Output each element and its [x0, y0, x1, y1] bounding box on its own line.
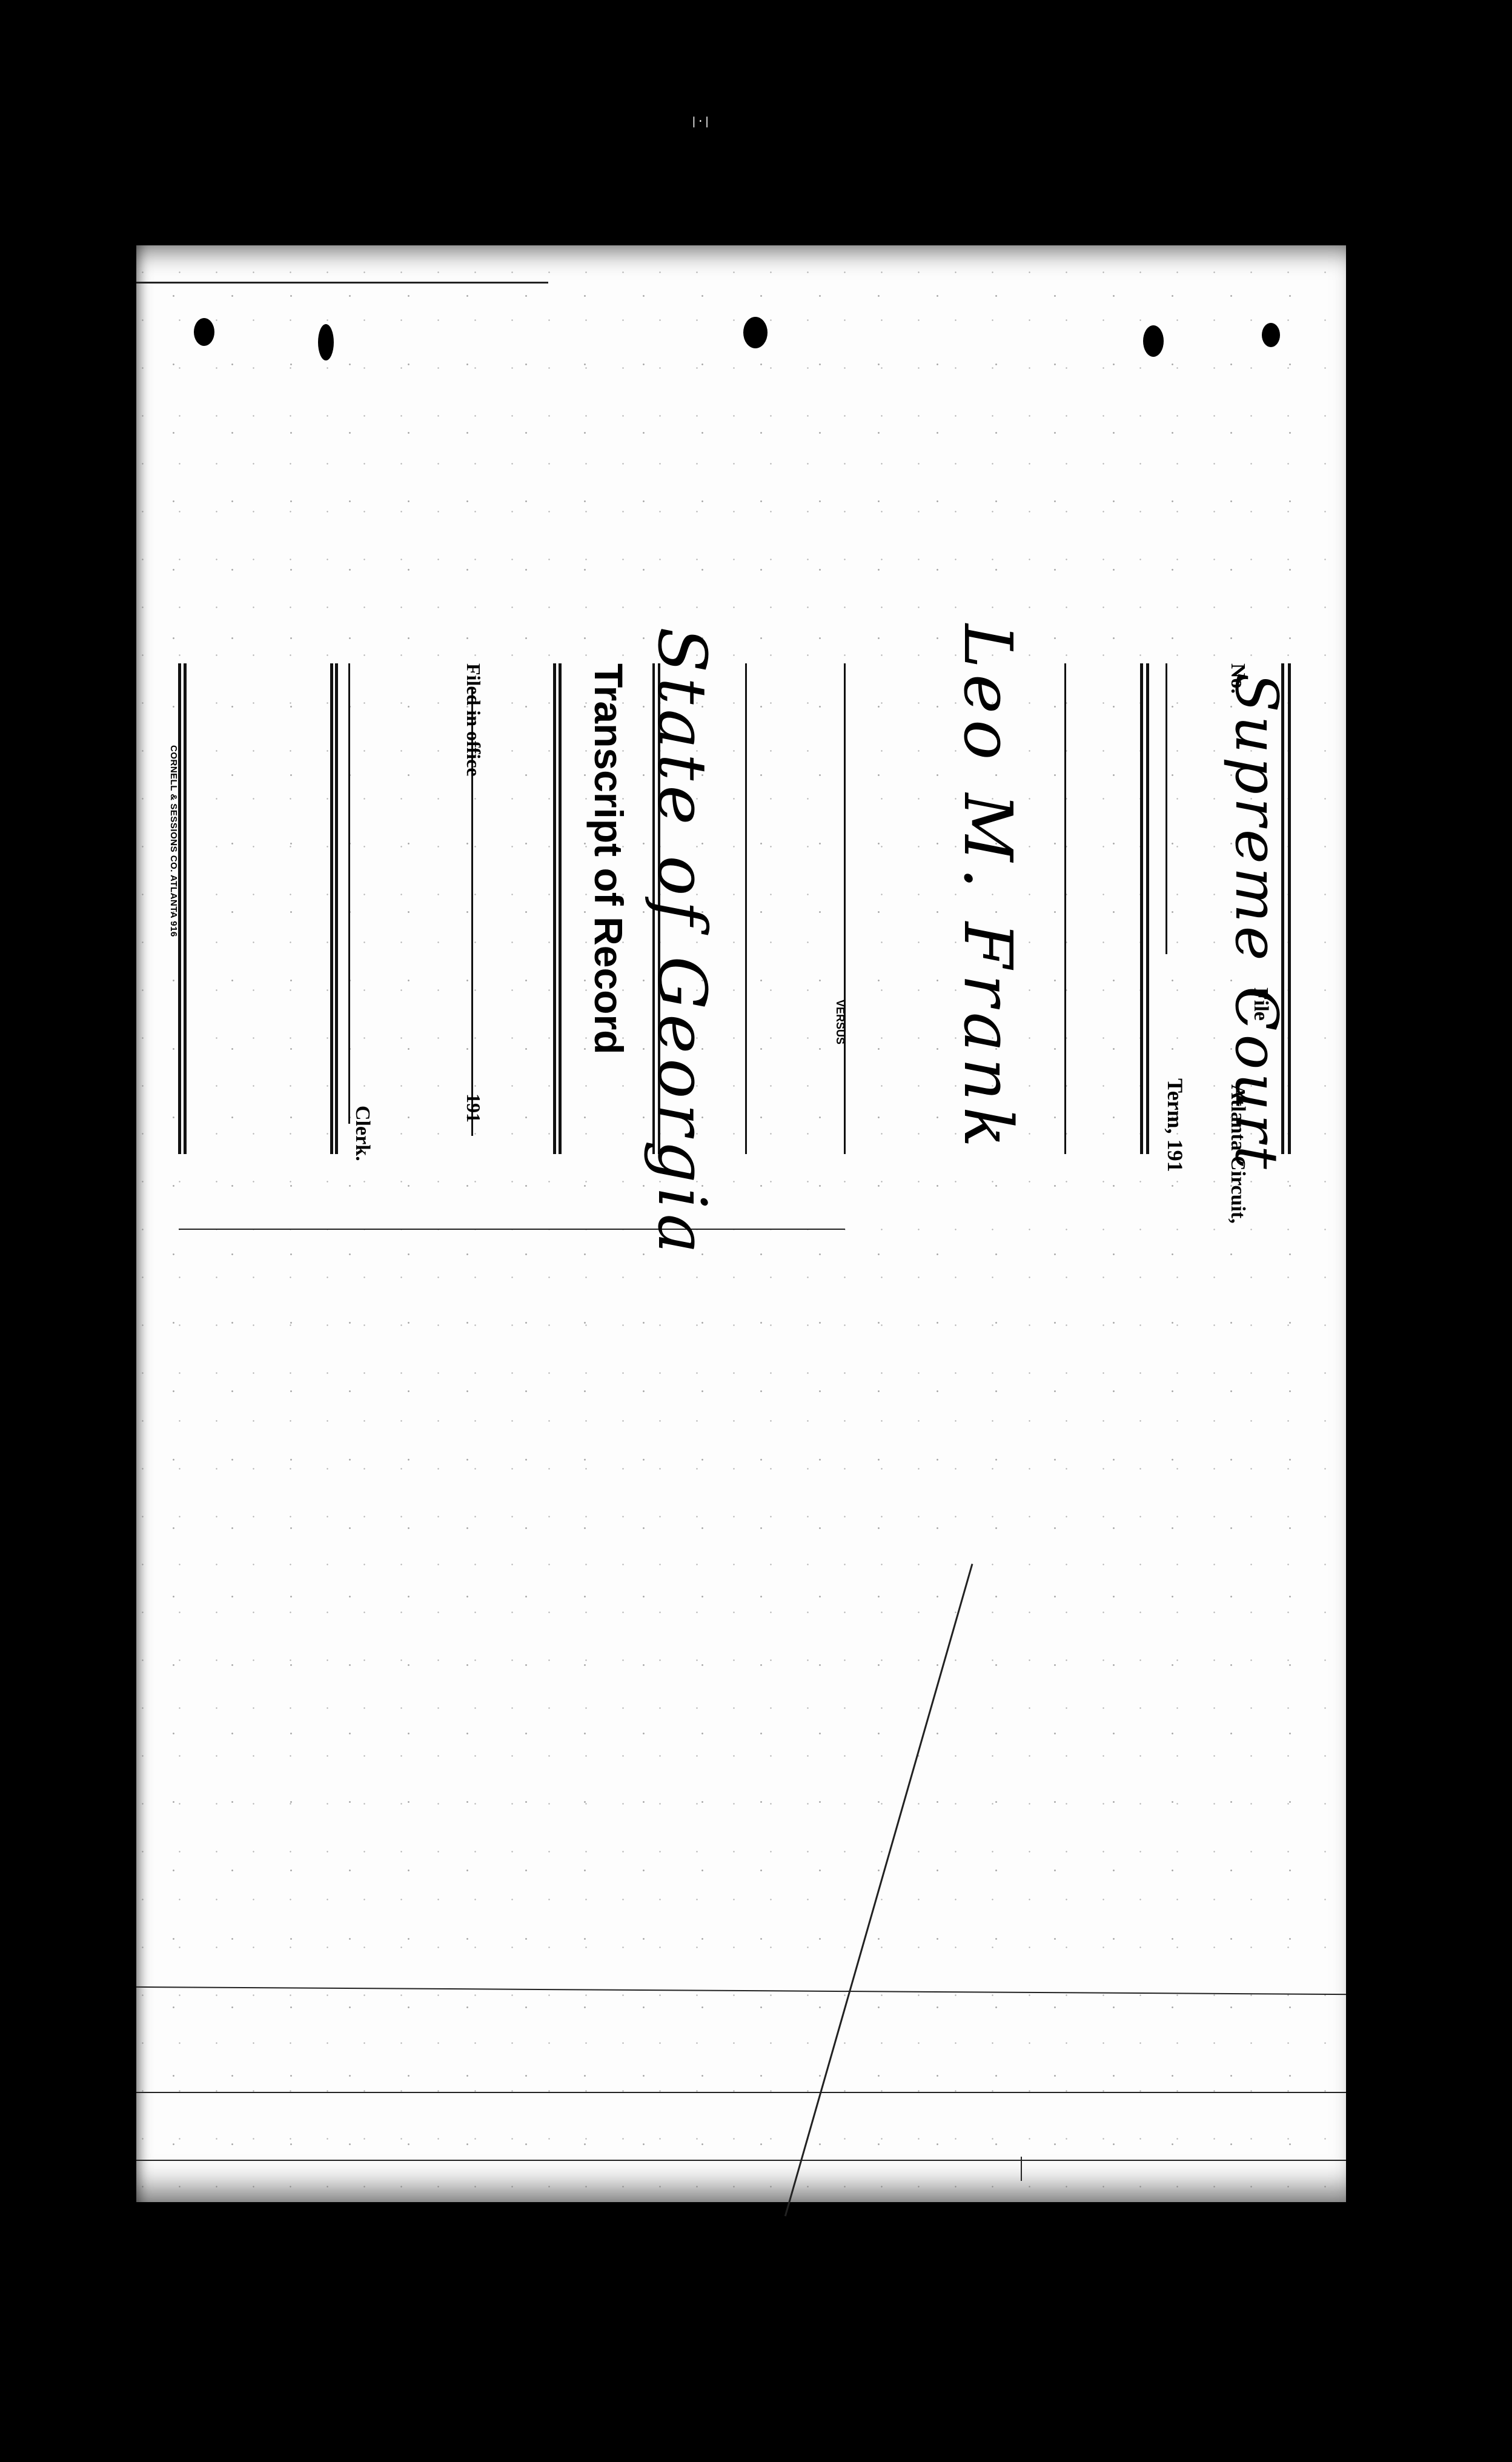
versus-label: VERSUS	[834, 1000, 846, 1044]
stray-mark	[136, 282, 548, 284]
rule-double	[330, 663, 333, 1154]
filed-year-label: 191	[462, 1093, 485, 1123]
document-page: File No. Atlanta Circuit, Term, 191 VERS…	[136, 245, 1346, 2202]
rule-double	[335, 663, 338, 1154]
document-title: Transcript of Record	[586, 663, 632, 1054]
paper-noise	[136, 245, 1346, 2202]
handwritten-defendant: State of Georgia	[643, 627, 721, 1258]
punch-hole	[1262, 323, 1280, 347]
punch-hole	[1143, 325, 1164, 357]
stray-mark	[1021, 2157, 1022, 2181]
stray-mark	[179, 1229, 845, 1230]
rule-double	[1146, 663, 1149, 1154]
term-label: Term, 191	[1162, 1078, 1188, 1172]
plaintiff-line	[1064, 663, 1066, 1154]
stray-mark	[136, 2160, 1346, 2161]
rule-double	[559, 663, 562, 1154]
defendant-line	[745, 663, 747, 1154]
printer-imprint: CORNELL & SESSIONS CO. ATLANTA 916	[168, 745, 179, 937]
clerk-line	[348, 663, 350, 1124]
punch-hole	[194, 318, 214, 346]
punch-hole	[743, 317, 768, 348]
scan-edge-mark: |·|	[691, 115, 711, 128]
filed-in-office-label: Filed in office	[462, 663, 485, 777]
clerk-label: Clerk.	[351, 1106, 374, 1161]
rule-double	[184, 663, 187, 1154]
rule-double	[1140, 663, 1143, 1154]
punch-hole	[318, 324, 334, 360]
rule-double	[553, 663, 556, 1154]
stray-mark	[136, 2092, 1346, 2093]
handwritten-plaintiff: Leo M. Frank	[949, 624, 1027, 1153]
handwritten-court: Supreme Court	[1222, 672, 1290, 1173]
versus-line	[844, 663, 846, 1154]
term-line	[1165, 663, 1167, 954]
